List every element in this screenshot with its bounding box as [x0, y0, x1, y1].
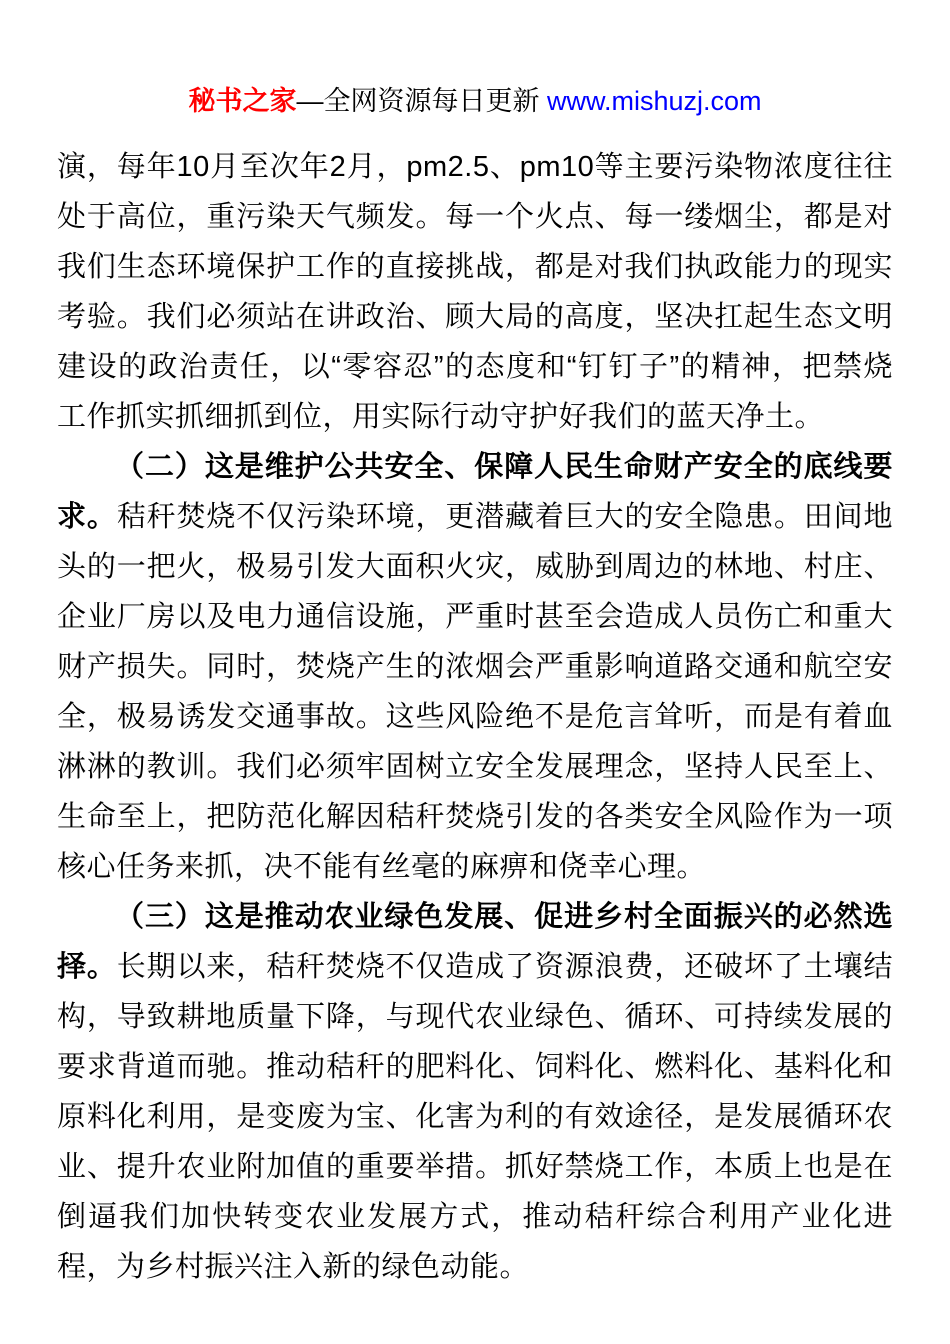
- site-tagline: —全网资源每日更新: [296, 86, 539, 116]
- site-brand: 秘书之家: [188, 86, 296, 116]
- site-url-link[interactable]: www.mishuzj.com: [547, 86, 762, 116]
- document-page: 秘书之家—全网资源每日更新 www.mishuzj.com 演，每年10月至次年…: [0, 0, 950, 1344]
- site-header: 秘书之家—全网资源每日更新 www.mishuzj.com: [0, 0, 950, 118]
- paragraph-continuation: 演，每年10月至次年2月，pm2.5、pm10等主要污染物浓度往往处于高位，重污…: [57, 142, 893, 442]
- paragraph-text: 长期以来，秸秆焚烧不仅造成了资源浪费，还破坏了土壤结构，导致耕地质量下降，与现代…: [57, 951, 893, 1283]
- paragraph-point-two: （二）这是维护公共安全、保障人民生命财产安全的底线要求。秸秆焚烧不仅污染环境，更…: [57, 442, 893, 892]
- paragraph-text: 秸秆焚烧不仅污染环境，更潜藏着巨大的安全隐患。田间地头的一把火，极易引发大面积火…: [57, 501, 893, 883]
- paragraph-text: 演，每年10月至次年2月，pm2.5、pm10等主要污染物浓度往往处于高位，重污…: [57, 151, 893, 433]
- document-body: 演，每年10月至次年2月，pm2.5、pm10等主要污染物浓度往往处于高位，重污…: [57, 142, 893, 1292]
- paragraph-point-three: （三）这是推动农业绿色发展、促进乡村全面振兴的必然选择。长期以来，秸秆焚烧不仅造…: [57, 892, 893, 1292]
